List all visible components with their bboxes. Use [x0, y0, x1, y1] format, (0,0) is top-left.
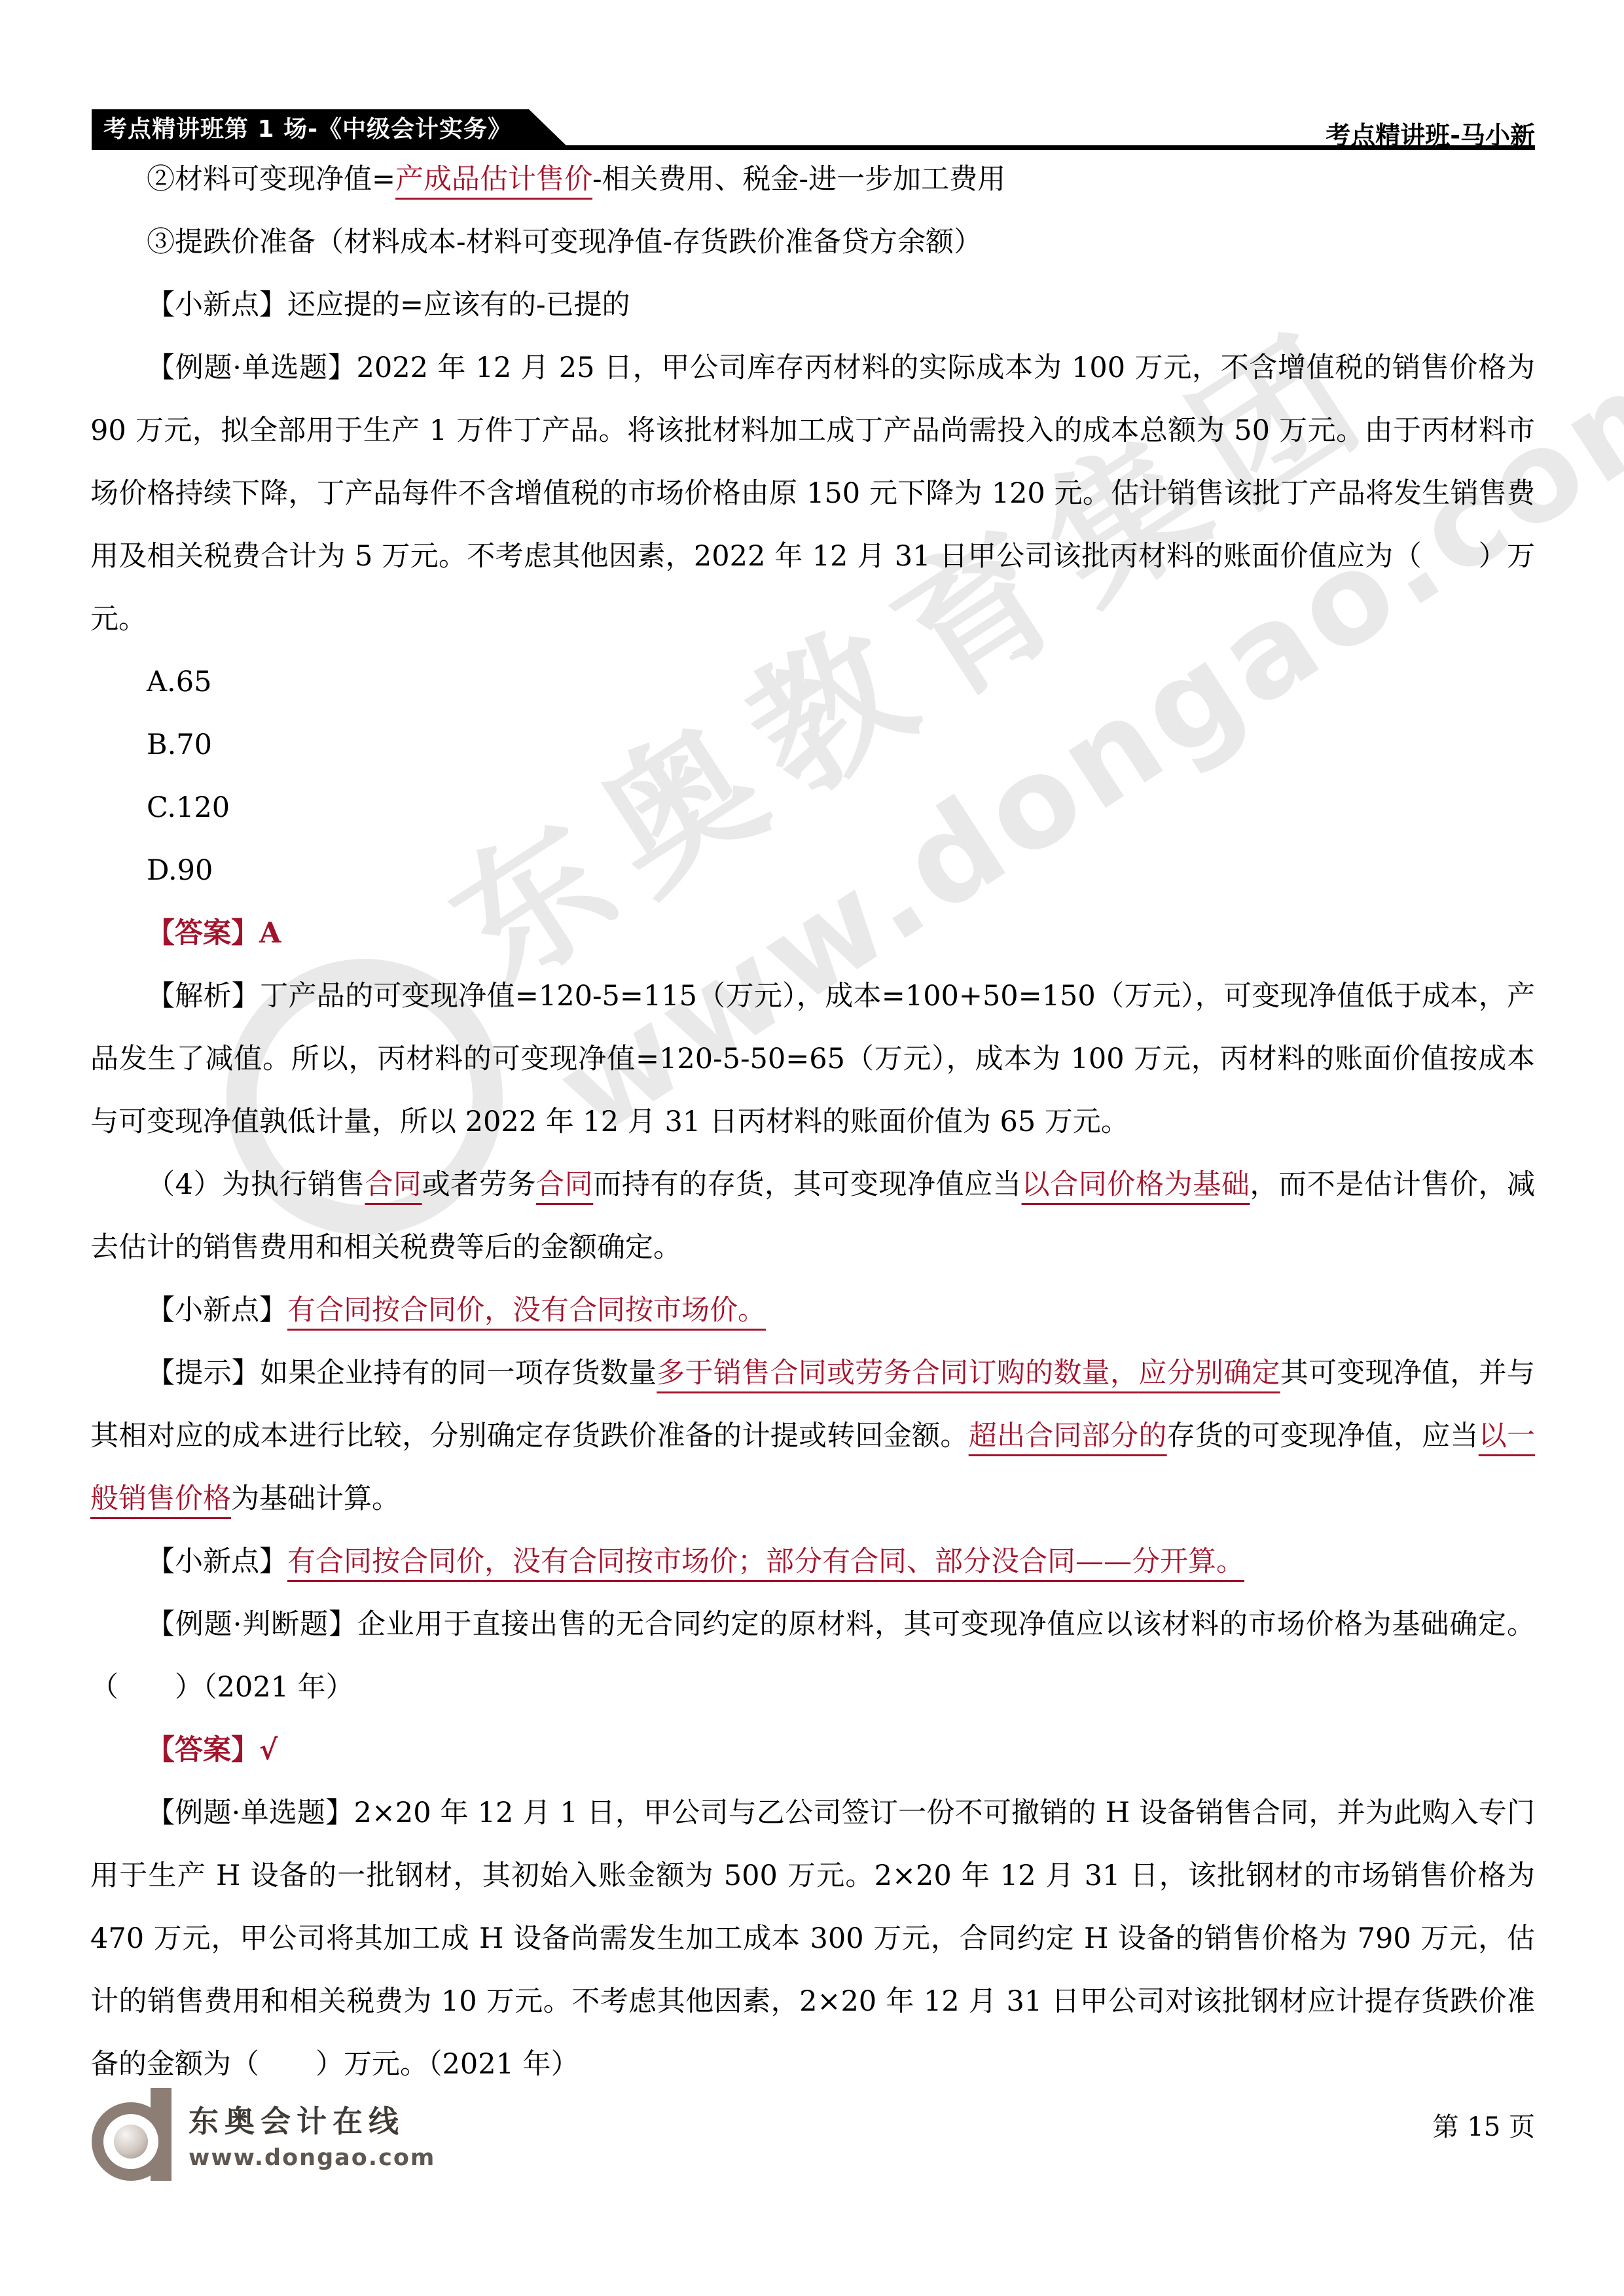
- text-run: ③提跌价准备（材料成本-材料可变现净值-存货跌价准备贷方余额）: [147, 226, 982, 259]
- header-banner: 考点精讲班第 1 场-《中级会计实务》: [92, 109, 571, 150]
- text-run: 合同: [365, 1168, 422, 1201]
- analysis-1: 【解析】丁产品的可变现净值=120-5=115（万元），成本=100+50=15…: [90, 965, 1535, 1153]
- text-run: 应分别确定: [1138, 1357, 1280, 1390]
- paragraph-note-xiaoxin-2: 【小新点】有合同按合同价，没有合同按市场价。: [90, 1279, 1535, 1342]
- text-run: 超出合同部分的: [969, 1420, 1167, 1452]
- text-run: 【小新点】: [147, 1294, 287, 1327]
- paragraph-formula-material-nrv: ②材料可变现净值=产成品估计售价-相关费用、税金-进一步加工费用: [90, 148, 1535, 211]
- text-run: 合同: [536, 1168, 593, 1201]
- text-run: 产成品估计售价: [395, 163, 592, 196]
- footer-logo-url: www.dongao.com: [189, 2145, 435, 2171]
- text-run: 【提示】如果企业持有的同一项存货数量: [147, 1357, 657, 1390]
- paragraph-note-xiaoxin-1: 【小新点】还应提的=应该有的-已提的: [90, 274, 1535, 336]
- text-run: 【小新点】还应提的=应该有的-已提的: [147, 289, 630, 321]
- option-d: D.90: [90, 839, 1535, 902]
- footer-logo-title: 东奥会计在线: [189, 2098, 435, 2141]
- option-b: B.70: [90, 713, 1535, 776]
- page-number: 第 15 页: [1433, 2106, 1535, 2144]
- answer-2: 【答案】√: [90, 1719, 1535, 1782]
- text-run: ②材料可变现净值=: [147, 163, 395, 196]
- option-c: C.120: [90, 776, 1535, 839]
- paragraph-example-mcq-2: 【例题·单选题】2×20 年 12 月 1 日，甲公司与乙公司签订一份不可撤销的…: [90, 1782, 1535, 2096]
- document-body: ②材料可变现净值=产成品估计售价-相关费用、税金-进一步加工费用 ③提跌价准备（…: [90, 148, 1535, 2096]
- text-run: D.90: [147, 854, 213, 887]
- text-run: 【答案】A: [147, 917, 281, 950]
- dongao-logo-icon: [92, 2088, 171, 2181]
- text-run: B.70: [147, 728, 212, 761]
- text-run: 存货的可变现净值，应当: [1167, 1420, 1479, 1452]
- paragraph-point-4-contract: （4）为执行销售合同或者劳务合同而持有的存货，其可变现净值应当以合同价格为基础，…: [90, 1153, 1535, 1279]
- paragraph-note-xiaoxin-3: 【小新点】有合同按合同价，没有合同按市场价；部分有合同、部分没合同——分开算。: [90, 1530, 1535, 1593]
- text-run: C.120: [147, 791, 230, 824]
- text-run: 【解析】丁产品的可变现净值=120-5=115（万元），成本=100+50=15…: [90, 980, 1535, 1138]
- footer-logo-texts: 东奥会计在线 www.dongao.com: [189, 2098, 435, 2171]
- paragraph-example-judgement: 【例题·判断题】企业用于直接出售的无合同约定的原材料，其可变现净值应以该材料的市…: [90, 1593, 1535, 1719]
- text-run: 【例题·单选题】2022 年 12 月 25 日，甲公司库存丙材料的实际成本为 …: [90, 351, 1535, 636]
- text-run: 多于销售合同或劳务合同订购的数量，: [657, 1357, 1138, 1390]
- text-run: 【例题·判断题】企业用于直接出售的无合同约定的原材料，其可变现净值应以该材料的市…: [90, 1608, 1535, 1704]
- text-run: 有合同按合同价，没有合同按市场价；部分有合同、部分没合同——分开算。: [287, 1545, 1244, 1578]
- footer-logo: 东奥会计在线 www.dongao.com: [92, 2088, 435, 2181]
- paragraph-tip-hint: 【提示】如果企业持有的同一项存货数量多于销售合同或劳务合同订购的数量，应分别确定…: [90, 1342, 1535, 1530]
- text-run: 【答案】√: [147, 1734, 278, 1767]
- document-page: 东奥教育集团 www.dongao.com 考点精讲班第 1 场-《中级会计实务…: [0, 0, 1624, 2296]
- text-run: （4）为执行销售: [147, 1168, 365, 1201]
- paragraph-example-mcq-1: 【例题·单选题】2022 年 12 月 25 日，甲公司库存丙材料的实际成本为 …: [90, 336, 1535, 651]
- text-run: 有合同按合同价，没有合同按市场价。: [287, 1294, 766, 1327]
- text-run: 为基础计算。: [231, 1482, 400, 1515]
- text-run: 【小新点】: [147, 1545, 287, 1578]
- logo-ball: [114, 2125, 148, 2159]
- paragraph-formula-provision: ③提跌价准备（材料成本-材料可变现净值-存货跌价准备贷方余额）: [90, 211, 1535, 274]
- text-run: -相关费用、税金-进一步加工费用: [592, 163, 1005, 196]
- text-run: A.65: [147, 666, 211, 698]
- option-a: A.65: [90, 651, 1535, 713]
- text-run: 【例题·单选题】2×20 年 12 月 1 日，甲公司与乙公司签订一份不可撤销的…: [90, 1797, 1535, 2081]
- text-run: 而持有的存货，其可变现净值应当: [593, 1168, 1021, 1201]
- text-run: 以合同价格为基础: [1022, 1168, 1250, 1201]
- answer-1: 【答案】A: [90, 902, 1535, 965]
- text-run: 或者劳务: [422, 1168, 536, 1201]
